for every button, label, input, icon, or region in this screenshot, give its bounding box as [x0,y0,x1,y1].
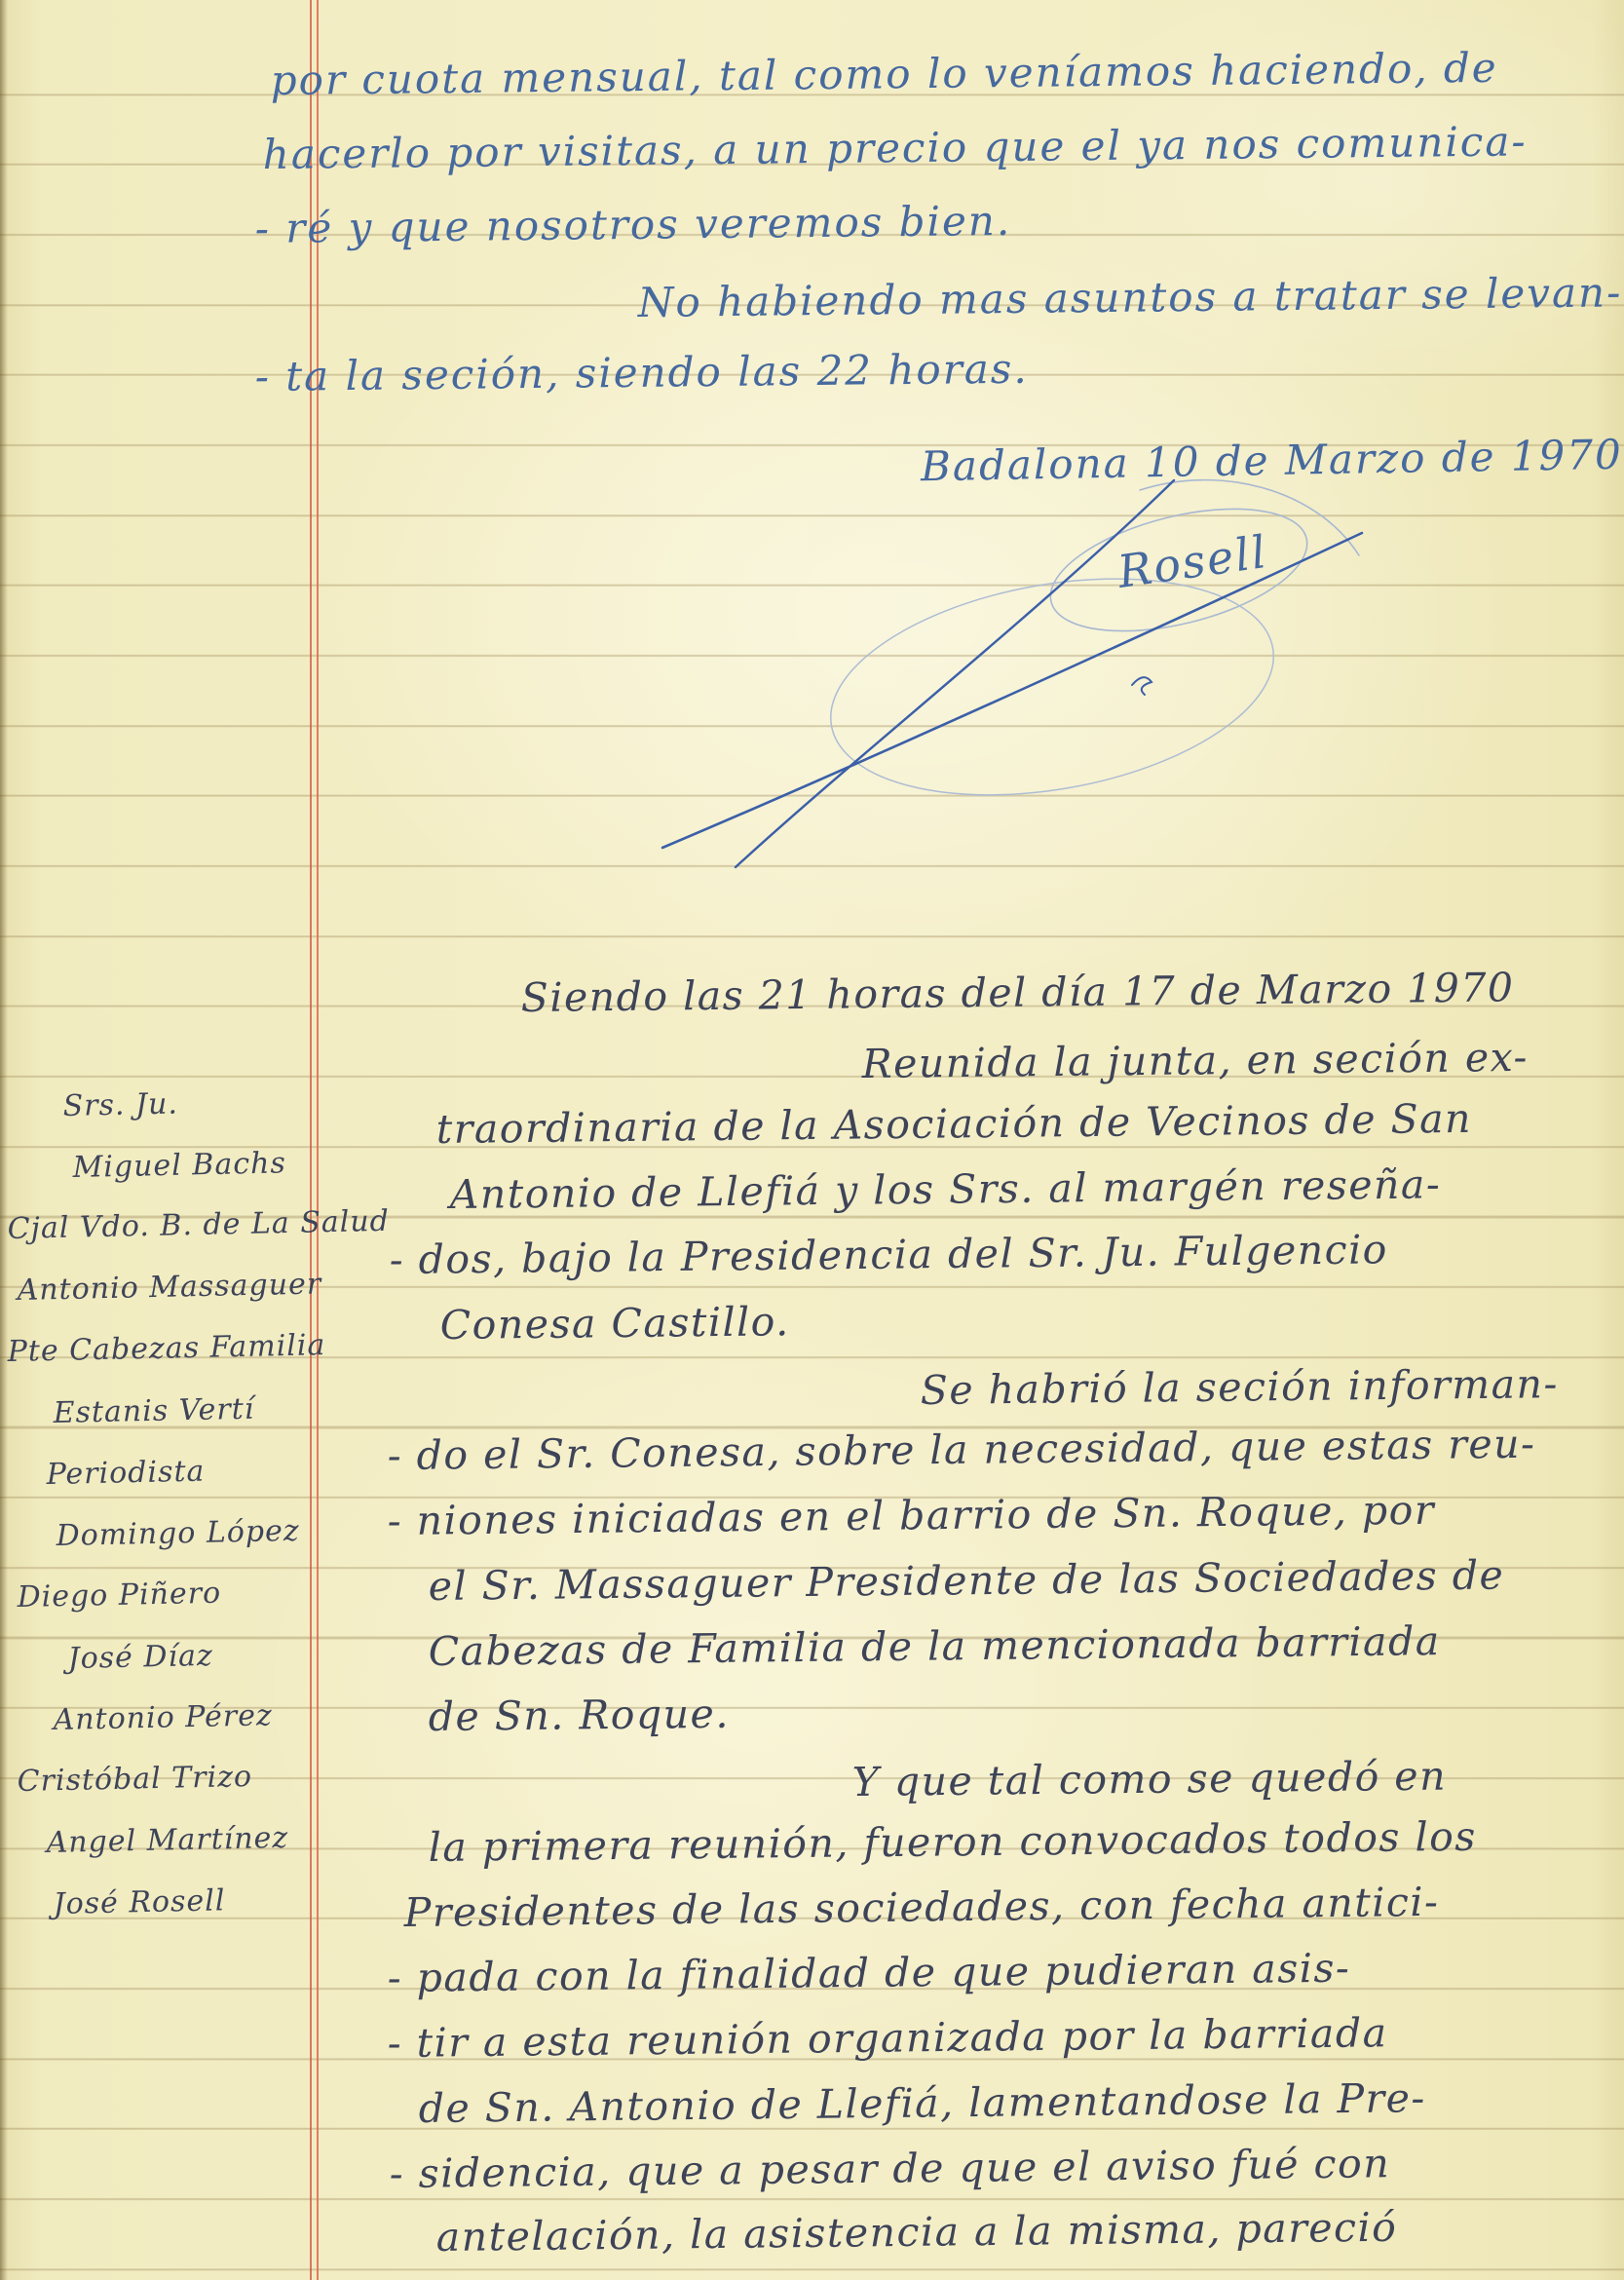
handwritten-line: - niones iniciadas en el barrio de Sn. R… [387,1487,1435,1544]
handwritten-line: - dos, bajo la Presidencia del Sr. Ju. F… [389,1226,1388,1283]
margin-attendee-name: Pte Cabezas Familia [7,1328,325,1369]
handwritten-line: de Sn. Antonio de Llefiá, lamentandose l… [418,2074,1425,2132]
margin-attendee-name: Angel Martínez [46,1821,288,1860]
handwritten-line: Presidentes de las sociedades, con fecha… [403,1879,1439,1936]
margin-attendee-name: Domingo López [56,1514,300,1553]
handwritten-line: Reunida la junta, en seción ex- [861,1034,1529,1087]
handwritten-line: - tir a esta reunión organizada por la b… [387,2009,1387,2067]
handwritten-line: - ré y que nosotros veremos bien. [254,197,1011,252]
margin-attendee-name: Diego Piñero [17,1577,221,1615]
handwritten-line: hacerlo por visitas, a un precio que el … [262,117,1527,178]
handwritten-line: - sidencia, que a pesar de que el aviso … [389,2140,1390,2197]
handwritten-line: Cabezas de Familia de la mencionada barr… [428,1617,1440,1675]
margin-attendee-name: José Rosell [53,1883,225,1921]
handwritten-line: Siendo las 21 horas del día 17 de Marzo … [520,964,1514,1021]
margin-attendee-name: Antonio Pérez [53,1698,273,1737]
page-left-edge [0,0,8,2280]
handwritten-line: por cuota mensual, tal como lo veníamos … [270,44,1497,104]
handwritten-line: Se habrió la seción informan- [920,1360,1559,1414]
handwritten-line: la primera reunión, fueron convocados to… [428,1813,1477,1871]
margin-attendee-name: Cristóbal Trizo [17,1760,252,1799]
margin-attendee-name: Periodista [46,1455,205,1492]
margin-attendee-name: Antonio Massaguer [17,1267,321,1308]
handwritten-line: Antonio de Llefiá y los Srs. al margén r… [449,1160,1441,1218]
handwritten-line: No habiendo mas asuntos a tratar se leva… [637,268,1622,326]
red-margin-line-inner [310,0,312,2280]
red-margin-line-outer [317,0,319,2280]
ledger-page: por cuota mensual, tal como lo veníamos … [0,0,1624,2280]
handwritten-line: antelación, la asistencia a la misma, pa… [435,2204,1397,2261]
handwritten-line: de Sn. Roque. [428,1691,730,1740]
margin-attendee-name: Cjal Vdo. B. de La Salud [7,1204,390,1246]
margin-attendee-name: Estanis Vertí [53,1392,254,1430]
handwritten-line: el Sr. Massaguer Presidente de las Socie… [428,1551,1504,1610]
handwritten-line: traordinaria de la Asociación de Vecinos… [435,1095,1472,1153]
handwritten-line: Conesa Castillo. [439,1298,789,1349]
handwritten-line: - do el Sr. Conesa, sobre la necesidad, … [387,1421,1535,1479]
margin-attendee-name: José Díaz [67,1639,213,1676]
handwritten-line: Y que tal como se quedó en [851,1753,1447,1805]
margin-attendee-name: Srs. Ju. [62,1087,178,1123]
margin-attendee-name: Miguel Bachs [72,1146,286,1185]
handwritten-line: - ta la seción, siendo las 22 horas. [254,345,1028,400]
handwritten-line: - pada con la finalidad de que pudieran … [387,1945,1350,2001]
signature-figure: Rosell [633,463,1413,872]
